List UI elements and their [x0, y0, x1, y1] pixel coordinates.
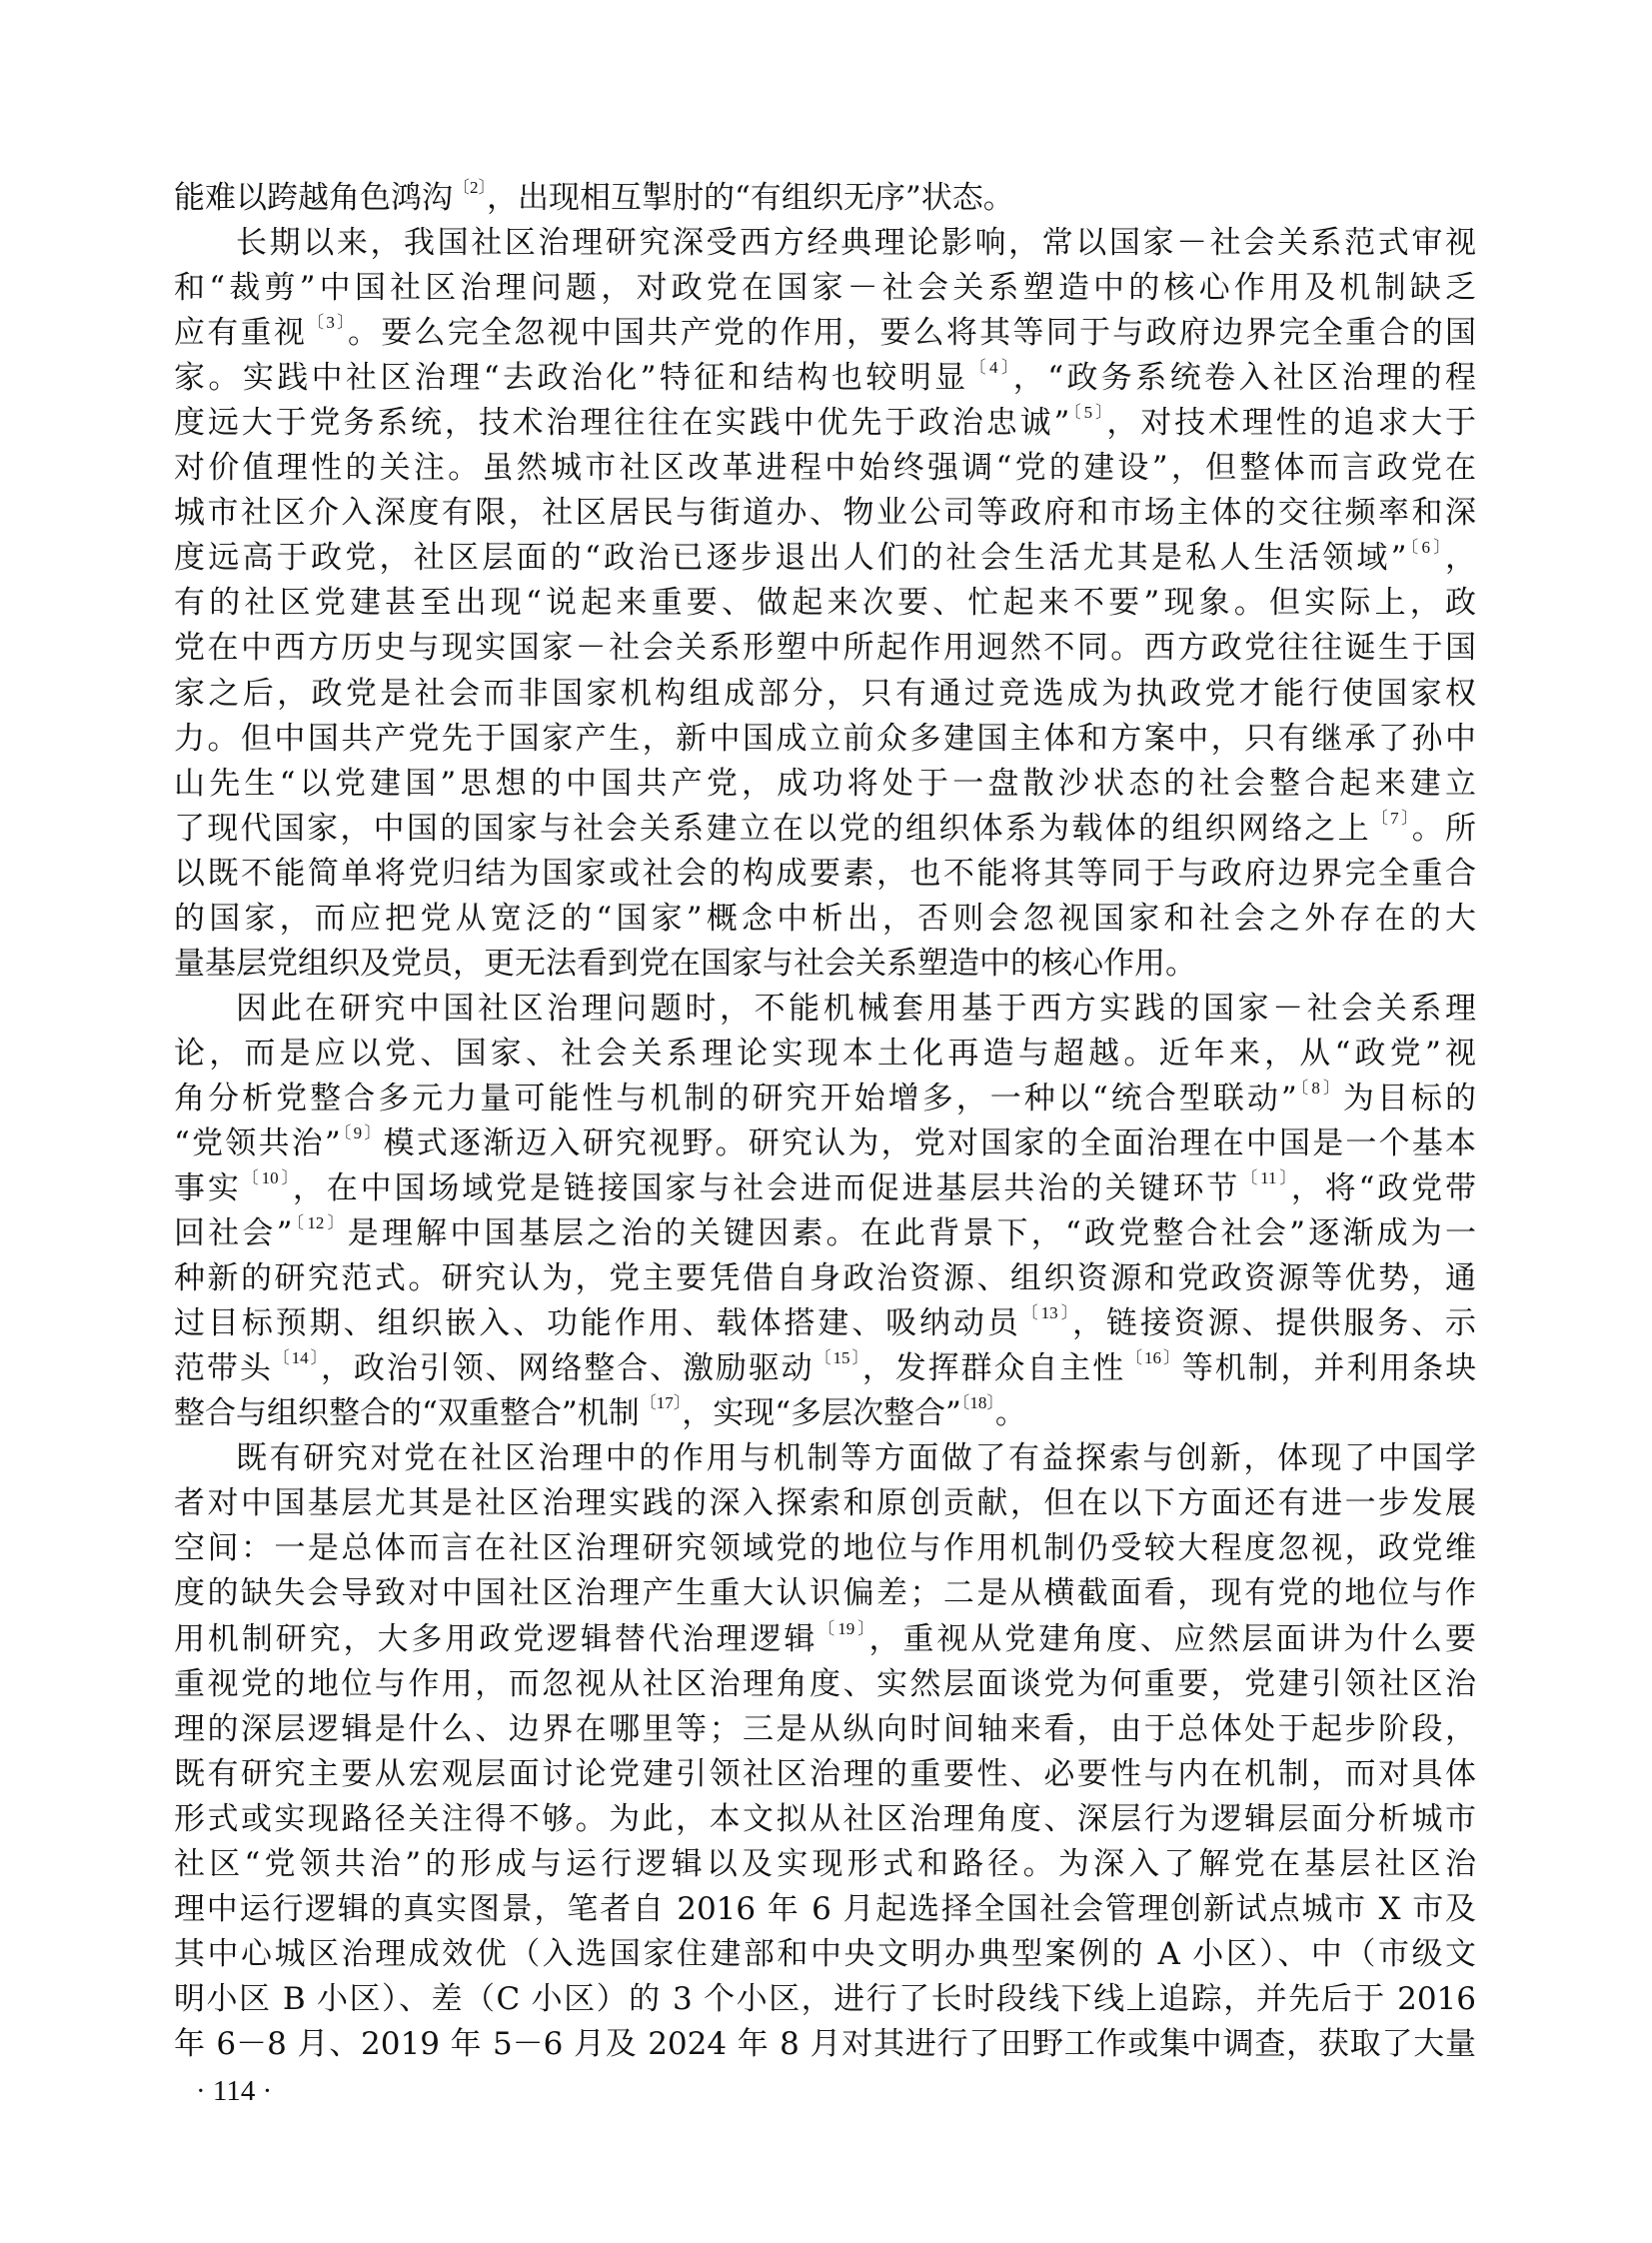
text-run: 家之后，政党是社会而非国家机构组成部分，只有通过竞选成为执政党才能行使国家权 — [174, 676, 1476, 712]
text-run: 理的深层逻辑是什么、边界在哪里等；三是从纵向时间轴来看，由于总体处于起步阶段， — [174, 1711, 1476, 1747]
text-line: 过目标预期、组织嵌入、功能作用、载体搭建、吸纳动员〔13〕，链接资源、提供服务、… — [174, 1301, 1476, 1346]
text-line: 理中运行逻辑的真实图景，笔者自 2016 年 6 月起选择全国社会管理创新试点城… — [174, 1887, 1476, 1932]
text-run: 过目标预期、组织嵌入、功能作用、载体搭建、吸纳动员 — [174, 1305, 1021, 1341]
text-line: 其中心城区治理成效优（入选国家住建部和中央文明办典型案例的 A 小区）、中（市级… — [174, 1932, 1476, 1977]
paragraph: 既有研究对党在社区治理中的作用与机制等方面做了有益探索与创新，体现了中国学者对中… — [174, 1436, 1476, 2067]
text-run: ，对技术理性的追求大于 — [1106, 405, 1476, 441]
text-run: ，出现相互掣肘的“有组织无序”状态。 — [487, 180, 1014, 216]
citation-marker: 〔18〕 — [961, 1393, 995, 1412]
text-line: 家之后，政党是社会而非国家机构组成部分，只有通过竞选成为执政党才能行使国家权 — [174, 672, 1476, 717]
text-run: 为目标的 — [1343, 1081, 1476, 1117]
text-run: 模式逐渐迈入研究视野。研究认为，党对国家的全面治理在中国是一个基本 — [384, 1125, 1476, 1161]
page-number: · 114 · — [196, 2075, 272, 2108]
text-run: 长期以来，我国社区治理研究深受西方经典理论影响，常以国家－社会关系范式审视 — [236, 225, 1476, 261]
text-run: 事实 — [174, 1170, 242, 1206]
text-line: 既有研究对党在社区治理中的作用与机制等方面做了有益探索与创新，体现了中国学 — [174, 1436, 1476, 1481]
text-run: 力。但中国共产党先于国家产生，新中国成立前众多建国主体和方案中，只有继承了孙中 — [174, 721, 1476, 757]
text-line: 能难以跨越角色鸿沟〔2〕，出现相互掣肘的“有组织无序”状态。 — [174, 176, 1476, 221]
text-run: 对价值理性的关注。虽然城市社区改革进程中始终强调“党的建设”，但整体而言政党在 — [174, 450, 1476, 486]
paragraph: 因此在研究中国社区治理问题时，不能机械套用基于西方实践的国家－社会关系理论，而是… — [174, 987, 1476, 1436]
citation-marker: 〔16〕 — [1125, 1348, 1182, 1367]
text-run: 整合与组织整合的“双重整合”机制 — [174, 1395, 640, 1431]
text-line: 理的深层逻辑是什么、边界在哪里等；三是从纵向时间轴来看，由于总体处于起步阶段， — [174, 1707, 1476, 1752]
text-run: 范带头 — [174, 1350, 273, 1386]
text-run: 家。实践中社区治理“去政治化”特征和结构也较明显 — [174, 360, 969, 396]
text-line: 以既不能简单将党归结为国家或社会的构成要素，也不能将其等同于与政府边界完全重合 — [174, 852, 1476, 897]
text-run: 的国家，而应把党从宽泛的“国家”概念中析出，否则会忽视国家和社会之外存在的大 — [174, 901, 1476, 937]
text-line: “党领共治”〔9〕模式逐渐迈入研究视野。研究认为，党对国家的全面治理在中国是一个… — [174, 1121, 1476, 1166]
citation-marker: 〔5〕 — [1069, 403, 1106, 422]
text-line: 回社会”〔12〕是理解中国基层之治的关键因素。在此背景下，“政党整合社会”逐渐成… — [174, 1211, 1476, 1256]
text-line: 整合与组织整合的“双重整合”机制〔17〕，实现“多层次整合”〔18〕。 — [174, 1391, 1476, 1436]
text-run: 党在中西方历史与现实国家－社会关系形塑中所起作用迥然不同。西方政党往往诞生于国 — [174, 630, 1476, 666]
text-line: 重视党的地位与作用，而忽视从社区治理角度、实然层面谈党为何重要，党建引领社区治 — [174, 1662, 1476, 1707]
paragraph: 能难以跨越角色鸿沟〔2〕，出现相互掣肘的“有组织无序”状态。 — [174, 176, 1476, 221]
text-run: ，发挥群众自主性 — [862, 1350, 1125, 1386]
text-run: 城市社区介入深度有限，社区居民与街道办、物业公司等政府和市场主体的交往频率和深 — [174, 495, 1476, 531]
text-run: ，实现“多层次整合” — [682, 1395, 961, 1431]
text-run: 论，而是应以党、国家、社会关系理论实现本土化再造与超越。近年来，从“政党”视 — [174, 1036, 1476, 1072]
citation-marker: 〔14〕 — [273, 1348, 321, 1367]
text-run: 是理解中国基层之治的关键因素。在此背景下，“政党整合社会”逐渐成为一 — [348, 1215, 1476, 1251]
text-run: 明小区 B 小区）、差（C 小区）的 3 个小区，进行了长时段线下线上追踪，并先… — [174, 1981, 1476, 2017]
text-line: 力。但中国共产党先于国家产生，新中国成立前众多建国主体和方案中，只有继承了孙中 — [174, 717, 1476, 762]
text-line: 空间：一是总体而言在社区治理研究领域党的地位与作用机制仍受较大程度忽视，政党维 — [174, 1526, 1476, 1571]
text-line: 长期以来，我国社区治理研究深受西方经典理论影响，常以国家－社会关系范式审视 — [174, 221, 1476, 266]
text-run: 。 — [995, 1395, 1026, 1431]
text-run: 形式或实现路径关注得不够。为此，本文拟从社区治理角度、深层行为逻辑层面分析城市 — [174, 1801, 1476, 1837]
text-run: 度的缺失会导致对中国社区治理产生重大认识偏差；二是从横截面看，现有党的地位与作 — [174, 1575, 1476, 1611]
citation-marker: 〔4〕 — [969, 358, 1013, 377]
text-run: 度远高于政党，社区层面的“政治已逐步退出人们的社会生活尤其是私人生活领域” — [174, 540, 1407, 576]
text-run: 。所 — [1412, 811, 1476, 847]
text-run: 回社会” — [174, 1215, 292, 1251]
text-line: 年 6－8 月、2019 年 5－6 月及 2024 年 8 月对其进行了田野工… — [174, 2022, 1476, 2067]
text-line: 事实〔10〕，在中国场域党是链接国家与社会进而促进基层共治的关键环节〔11〕，将… — [174, 1166, 1476, 1211]
text-run: 了现代国家，中国的国家与社会关系建立在以党的组织体系为载体的组织网络之上 — [174, 811, 1371, 847]
text-run: 重视党的地位与作用，而忽视从社区治理角度、实然层面谈党为何重要，党建引领社区治 — [174, 1666, 1476, 1702]
document-page: 能难以跨越角色鸿沟〔2〕，出现相互掣肘的“有组织无序”状态。长期以来，我国社区治… — [0, 0, 1652, 2243]
citation-marker: 〔12〕 — [292, 1213, 347, 1232]
text-line: 用机制研究，大多用政党逻辑替代治理逻辑〔19〕，重视从党建角度、应然层面讲为什么… — [174, 1617, 1476, 1662]
citation-marker: 〔9〕 — [341, 1123, 384, 1142]
text-line: 形式或实现路径关注得不够。为此，本文拟从社区治理角度、深层行为逻辑层面分析城市 — [174, 1797, 1476, 1842]
text-run: “党领共治” — [174, 1125, 341, 1161]
text-line: 角分析党整合多元力量可能性与机制的研究开始增多，一种以“统合型联动”〔8〕为目标… — [174, 1077, 1476, 1121]
text-run: 度远大于党务系统，技术治理往往在实践中优先于政治忠诚” — [174, 405, 1069, 441]
text-line: 度远大于党务系统，技术治理往往在实践中优先于政治忠诚”〔5〕，对技术理性的追求大… — [174, 401, 1476, 446]
citation-marker: 〔2〕 — [453, 178, 487, 197]
text-run: 其中心城区治理成效优（入选国家住建部和中央文明办典型案例的 A 小区）、中（市级… — [174, 1936, 1476, 1972]
text-line: 社区“党领共治”的形成与运行逻辑以及实现形式和路径。为深入了解党在基层社区治 — [174, 1842, 1476, 1887]
text-run: 社区“党领共治”的形成与运行逻辑以及实现形式和路径。为深入了解党在基层社区治 — [174, 1846, 1476, 1882]
text-run: ，链接资源、提供服务、示 — [1072, 1305, 1476, 1341]
citation-marker: 〔6〕 — [1407, 538, 1445, 557]
text-run: ，政治引领、网络整合、激励驱动 — [321, 1350, 815, 1386]
text-line: 山先生“以党建国”思想的中国共产党，成功将处于一盘散沙状态的社会整合起来建立 — [174, 762, 1476, 807]
citation-marker: 〔19〕 — [818, 1619, 868, 1638]
citation-marker: 〔17〕 — [640, 1393, 683, 1412]
text-run: 等机制，并利用条块 — [1182, 1350, 1476, 1386]
text-line: 者对中国基层尤其是社区治理实践的深入探索和原创贡献，但在以下方面还有进一步发展 — [174, 1481, 1476, 1526]
text-run: 者对中国基层尤其是社区治理实践的深入探索和原创贡献，但在以下方面还有进一步发展 — [174, 1485, 1476, 1521]
text-run: ，将“政党带 — [1291, 1170, 1476, 1206]
text-run: 空间：一是总体而言在社区治理研究领域党的地位与作用机制仍受较大程度忽视，政党维 — [174, 1530, 1476, 1566]
text-run: 既有研究对党在社区治理中的作用与机制等方面做了有益探索与创新，体现了中国学 — [236, 1440, 1476, 1476]
text-line: 对价值理性的关注。虽然城市社区改革进程中始终强调“党的建设”，但整体而言政党在 — [174, 446, 1476, 491]
citation-marker: 〔11〕 — [1240, 1168, 1291, 1187]
text-line: 党在中西方历史与现实国家－社会关系形塑中所起作用迥然不同。西方政党往往诞生于国 — [174, 626, 1476, 671]
citation-marker: 〔7〕 — [1371, 809, 1412, 828]
body-text: 能难以跨越角色鸿沟〔2〕，出现相互掣肘的“有组织无序”状态。长期以来，我国社区治… — [174, 176, 1476, 2067]
text-run: 。要么完全忽视中国共产党的作用，要么将其等同于与政府边界完全重合的国 — [348, 315, 1476, 351]
citation-marker: 〔10〕 — [242, 1168, 293, 1187]
text-line: 范带头〔14〕，政治引领、网络整合、激励驱动〔15〕，发挥群众自主性〔16〕等机… — [174, 1346, 1476, 1391]
text-line: 明小区 B 小区）、差（C 小区）的 3 个小区，进行了长时段线下线上追踪，并先… — [174, 1977, 1476, 2022]
citation-marker: 〔3〕 — [307, 313, 348, 332]
text-run: 年 6－8 月、2019 年 5－6 月及 2024 年 8 月对其进行了田野工… — [174, 2026, 1476, 2062]
text-run: ， — [1445, 540, 1476, 576]
text-line: 的国家，而应把党从宽泛的“国家”概念中析出，否则会忽视国家和社会之外存在的大 — [174, 897, 1476, 942]
text-run: 既有研究主要从宏观层面讨论党建引领社区治理的重要性、必要性与内在机制，而对具体 — [174, 1756, 1476, 1792]
text-run: ，重视从党建角度、应然层面讲为什么要 — [869, 1621, 1476, 1657]
text-line: 和“裁剪”中国社区治理问题，对政党在国家－社会关系塑造中的核心作用及机制缺乏 — [174, 266, 1476, 311]
text-line: 量基层党组织及党员，更无法看到党在国家与社会关系塑造中的核心作用。 — [174, 942, 1476, 987]
text-line: 了现代国家，中国的国家与社会关系建立在以党的组织体系为载体的组织网络之上〔7〕。… — [174, 807, 1476, 852]
text-run: 有的社区党建甚至出现“说起来重要、做起来次要、忙起来不要”现象。但实际上，政 — [174, 585, 1476, 621]
text-run: ，“政务系统卷入社区治理的程 — [1013, 360, 1476, 396]
text-line: 因此在研究中国社区治理问题时，不能机械套用基于西方实践的国家－社会关系理 — [174, 987, 1476, 1032]
citation-marker: 〔13〕 — [1021, 1303, 1072, 1322]
text-line: 有的社区党建甚至出现“说起来重要、做起来次要、忙起来不要”现象。但实际上，政 — [174, 581, 1476, 626]
paragraph: 长期以来，我国社区治理研究深受西方经典理论影响，常以国家－社会关系范式审视和“裁… — [174, 221, 1476, 987]
text-line: 城市社区介入深度有限，社区居民与街道办、物业公司等政府和市场主体的交往频率和深 — [174, 491, 1476, 536]
text-run: 因此在研究中国社区治理问题时，不能机械套用基于西方实践的国家－社会关系理 — [236, 991, 1476, 1027]
text-line: 度的缺失会导致对中国社区治理产生重大认识偏差；二是从横截面看，现有党的地位与作 — [174, 1571, 1476, 1616]
text-line: 既有研究主要从宏观层面讨论党建引领社区治理的重要性、必要性与内在机制，而对具体 — [174, 1752, 1476, 1797]
text-line: 应有重视〔3〕。要么完全忽视中国共产党的作用，要么将其等同于与政府边界完全重合的… — [174, 311, 1476, 356]
text-line: 种新的研究范式。研究认为，党主要凭借自身政治资源、组织资源和党政资源等优势，通 — [174, 1256, 1476, 1301]
text-line: 论，而是应以党、国家、社会关系理论实现本土化再造与超越。近年来，从“政党”视 — [174, 1032, 1476, 1077]
citation-marker: 〔8〕 — [1297, 1079, 1343, 1098]
text-run: 以既不能简单将党归结为国家或社会的构成要素，也不能将其等同于与政府边界完全重合 — [174, 856, 1476, 892]
citation-marker: 〔15〕 — [815, 1348, 862, 1367]
text-run: 和“裁剪”中国社区治理问题，对政党在国家－社会关系塑造中的核心作用及机制缺乏 — [174, 270, 1476, 306]
text-run: 山先生“以党建国”思想的中国共产党，成功将处于一盘散沙状态的社会整合起来建立 — [174, 766, 1476, 802]
text-run: 用机制研究，大多用政党逻辑替代治理逻辑 — [174, 1621, 818, 1657]
text-line: 家。实践中社区治理“去政治化”特征和结构也较明显〔4〕，“政务系统卷入社区治理的… — [174, 356, 1476, 401]
text-line: 度远高于政党，社区层面的“政治已逐步退出人们的社会生活尤其是私人生活领域”〔6〕… — [174, 536, 1476, 581]
text-run: 理中运行逻辑的真实图景，笔者自 2016 年 6 月起选择全国社会管理创新试点城… — [174, 1891, 1476, 1927]
text-run: 角分析党整合多元力量可能性与机制的研究开始增多，一种以“统合型联动” — [174, 1081, 1297, 1117]
text-run: 种新的研究范式。研究认为，党主要凭借自身政治资源、组织资源和党政资源等优势，通 — [174, 1260, 1476, 1296]
text-run: 量基层党组织及党员，更无法看到党在国家与社会关系塑造中的核心作用。 — [174, 946, 1196, 982]
text-run: 能难以跨越角色鸿沟 — [174, 180, 453, 216]
text-run: 应有重视 — [174, 315, 307, 351]
text-run: ，在中国场域党是链接国家与社会进而促进基层共治的关键环节 — [293, 1170, 1240, 1206]
